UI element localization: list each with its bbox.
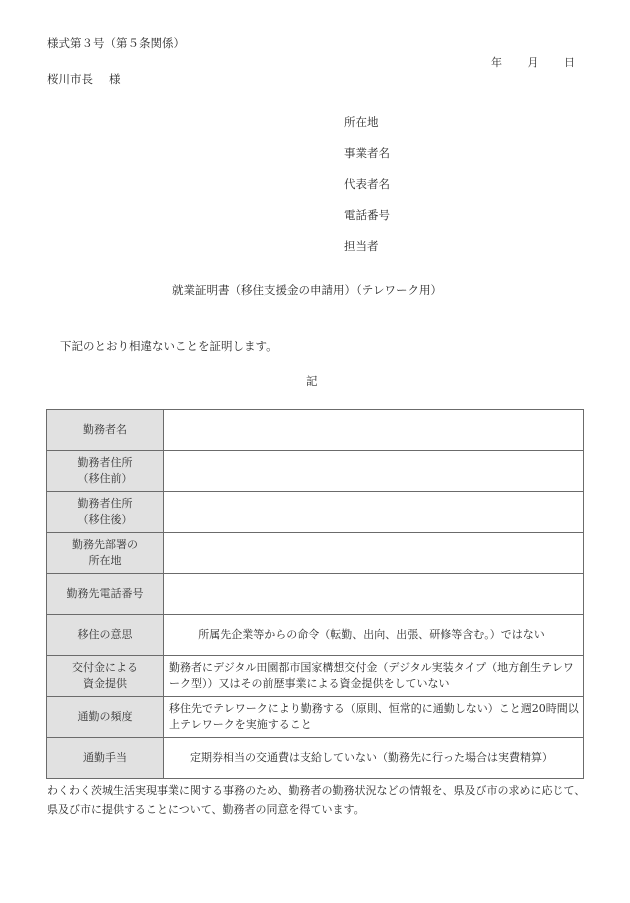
applicant-field-representative: 代表者名 xyxy=(344,176,390,207)
row-label: 勤務者住所（移住前） xyxy=(47,451,164,492)
row-label: 交付金による資金提供 xyxy=(47,656,164,697)
date-month-label: 月 xyxy=(528,54,539,70)
table-row-workplace-phone: 勤務先電話番号 xyxy=(47,574,584,615)
row-label: 通勤の頻度 xyxy=(47,697,164,738)
ki-heading: 記 xyxy=(306,373,318,389)
table-row-grant-funding: 交付金による資金提供 勤務者にデジタル田園都市国家構想交付金（デジタル実装タイプ… xyxy=(47,656,584,697)
certification-table: 勤務者名 勤務者住所（移住前） 勤務者住所（移住後） 勤務先部署の所在地 勤務先… xyxy=(46,409,584,779)
address-after-field[interactable] xyxy=(164,492,584,533)
grant-funding-value: 勤務者にデジタル田園都市国家構想交付金（デジタル実装タイプ（地方創生テレワーク型… xyxy=(164,656,584,697)
date-year-label: 年 xyxy=(491,54,502,70)
workplace-phone-field[interactable] xyxy=(164,574,584,615)
applicant-info: 所在地 事業者名 代表者名 電話番号 担当者 xyxy=(344,114,390,269)
table-row-address-after: 勤務者住所（移住後） xyxy=(47,492,584,533)
commute-frequency-value: 移住先でテレワークにより勤務する（原則、恒常的に通勤しない）こと週20時間以上テ… xyxy=(164,697,584,738)
date-line: 年 月 日 xyxy=(491,54,575,70)
commute-allowance-value: 定期券相当の交通費は支給していない（勤務先に行った場合は実費精算） xyxy=(164,738,584,779)
applicant-field-address: 所在地 xyxy=(344,114,390,145)
addressee-name: 桜川市長 xyxy=(47,72,93,86)
certification-statement: 下記のとおり相違ないことを証明します。 xyxy=(60,338,278,354)
date-day-label: 日 xyxy=(564,54,575,70)
addressee-honorific: 様 xyxy=(109,72,121,86)
relocation-intent-value: 所属先企業等からの命令（転勤、出向、出張、研修等含む。）ではない xyxy=(164,615,584,656)
document-title: 就業証明書（移住支援金の申請用）（テレワーク用） xyxy=(172,282,442,298)
addressee: 桜川市長様 xyxy=(47,71,121,87)
address-before-field[interactable] xyxy=(164,451,584,492)
row-label: 勤務者名 xyxy=(47,410,164,451)
row-label: 勤務者住所（移住後） xyxy=(47,492,164,533)
table-row-commute-frequency: 通勤の頻度 移住先でテレワークにより勤務する（原則、恒常的に通勤しない）こと週2… xyxy=(47,697,584,738)
applicant-field-contact-person: 担当者 xyxy=(344,238,390,269)
table-row-address-before: 勤務者住所（移住前） xyxy=(47,451,584,492)
worker-name-field[interactable] xyxy=(164,410,584,451)
form-number: 様式第３号（第５条関係） xyxy=(47,35,185,51)
row-label: 勤務先電話番号 xyxy=(47,574,164,615)
row-label: 移住の意思 xyxy=(47,615,164,656)
applicant-field-phone: 電話番号 xyxy=(344,207,390,238)
department-location-field[interactable] xyxy=(164,533,584,574)
table-row-commute-allowance: 通勤手当 定期券相当の交通費は支給していない（勤務先に行った場合は実費精算） xyxy=(47,738,584,779)
consent-statement: わくわく茨城生活実現事業に関する事務のため、勤務者の勤務状況などの情報を、県及び… xyxy=(47,781,587,819)
table-row-department-location: 勤務先部署の所在地 xyxy=(47,533,584,574)
row-label: 通勤手当 xyxy=(47,738,164,779)
table-row-worker-name: 勤務者名 xyxy=(47,410,584,451)
applicant-field-business-name: 事業者名 xyxy=(344,145,390,176)
table-row-relocation-intent: 移住の意思 所属先企業等からの命令（転勤、出向、出張、研修等含む。）ではない xyxy=(47,615,584,656)
row-label: 勤務先部署の所在地 xyxy=(47,533,164,574)
